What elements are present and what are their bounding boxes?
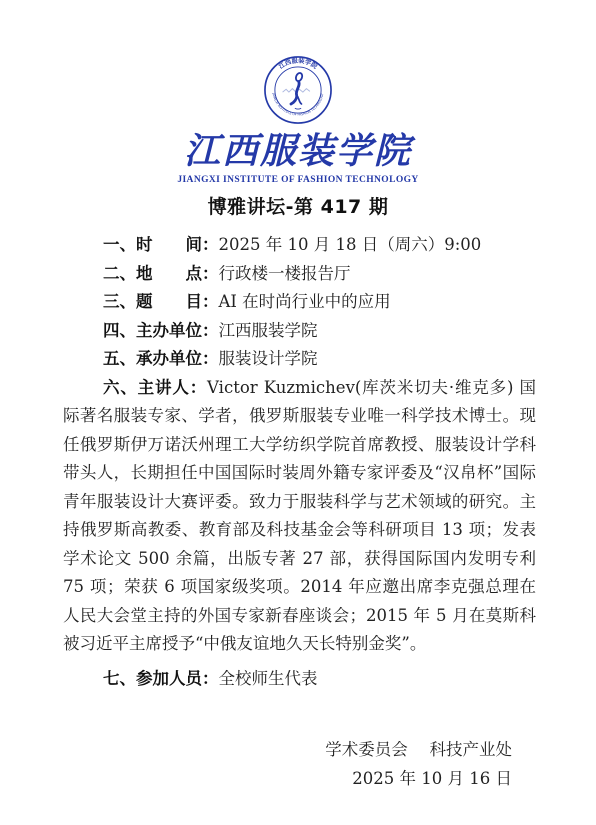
footer-signature: 学术委员会 科技产业处 xyxy=(63,735,512,764)
agenda-item-host-label: 四、主办单位： xyxy=(103,321,219,340)
agenda-item-time: 一、时 间：2025 年 10 月 18 日（周六）9:00 xyxy=(63,231,536,260)
university-seal: 江西服装学院 JIANGXI INSTITUTE OF FASHION TECH… xyxy=(263,55,333,125)
agenda-item-host-value: 江西服装学院 xyxy=(219,321,318,340)
agenda-item-organizer-value: 服装设计学院 xyxy=(219,349,318,368)
agenda-item-time-value: 2025 年 10 月 18 日（周六）9:00 xyxy=(219,235,482,254)
document-footer: 学术委员会 科技产业处 2025 年 10 月 16 日 xyxy=(63,735,512,793)
footer-date: 2025 年 10 月 16 日 xyxy=(63,764,512,793)
school-name-english: JIANGXI INSTITUTE OF FASHION TECHNOLOGY xyxy=(0,174,596,186)
university-seal-icon: 江西服装学院 JIANGXI INSTITUTE OF FASHION TECH… xyxy=(263,55,333,125)
agenda-item-venue: 二、地 点：行政楼一楼报告厅 xyxy=(63,260,536,289)
agenda-item-venue-value: 行政楼一楼报告厅 xyxy=(219,264,351,283)
agenda-item-topic-value: AI 在时尚行业中的应用 xyxy=(219,292,391,311)
speaker-bio-text: Victor Kuzmichev(库茨米切夫·维克多) 国际著名服装专家、学者，… xyxy=(63,378,536,654)
agenda-item-organizer: 五、承办单位：服装设计学院 xyxy=(63,345,536,374)
agenda-item-attendees-value: 全校师生代表 xyxy=(219,669,318,688)
agenda-item-attendees-label: 七、参加人员： xyxy=(103,669,219,688)
agenda-item-topic: 三、题 目：AI 在时尚行业中的应用 xyxy=(63,288,536,317)
agenda-item-topic-label: 三、题 目： xyxy=(103,292,219,311)
agenda-item-organizer-label: 五、承办单位： xyxy=(103,349,219,368)
seal-figure-icon xyxy=(283,72,310,109)
page-title: 博雅讲坛-第 417 期 xyxy=(0,195,596,219)
agenda-item-host: 四、主办单位：江西服装学院 xyxy=(63,317,536,346)
speaker-paragraph: 六、主讲人：Victor Kuzmichev(库茨米切夫·维克多) 国际著名服装… xyxy=(63,374,536,659)
school-name-calligraphy: 江西服装学院 xyxy=(0,131,596,171)
agenda-item-attendees: 七、参加人员：全校师生代表 xyxy=(63,665,536,694)
document-body: 一、时 间：2025 年 10 月 18 日（周六）9:00 二、地 点：行政楼… xyxy=(63,231,536,693)
masthead: 江西服装学院 JIANGXI INSTITUTE OF FASHION TECH… xyxy=(0,0,596,186)
agenda-item-time-label: 一、时 间： xyxy=(103,235,219,254)
speaker-label: 六、主讲人： xyxy=(103,378,207,397)
agenda-item-venue-label: 二、地 点： xyxy=(103,264,219,283)
document-page: 江西服装学院 JIANGXI INSTITUTE OF FASHION TECH… xyxy=(0,0,596,825)
